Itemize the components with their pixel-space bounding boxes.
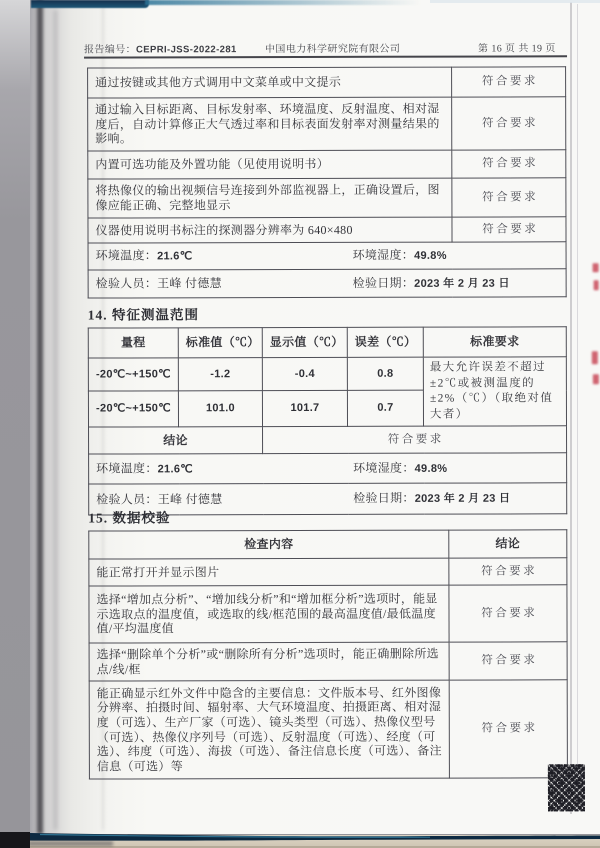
inspector-row: 检验人员：王峰 付德慧 检验日期：2023 年 2 月 23 日 [88,269,566,298]
check-item-cell: 将热像仪的输出视频信号连接到外部监视器上，正确设置后，图像应能正确、完整地显示 [88,178,452,218]
display-value-cell: 101.7 [262,391,347,427]
data-verification-table: 检查内容 结论 能正常打开并显示图片 符合要求 选择“增加点分析”、“增加线分析… [88,529,567,779]
result-cell: 符合要求 [452,67,566,97]
table-row: -20℃~+150℃ -1.2 -0.4 0.8 最大允许误差不超过±2℃或被测… [88,357,566,392]
column-header: 显示值（℃） [262,327,347,357]
table-header-row: 量程 标准值（℃） 显示值（℃） 误差（℃） 标准要求 [88,327,566,358]
environment-row: 环境温度：21.6℃ 环境湿度：49.8% [88,242,566,270]
page-content: 报告编号：CEPRI-JSS-2022-281 中国电力科学研究院有限公司 第 … [0,0,600,848]
standard-value-cell: -1.2 [178,358,262,392]
inspector-label: 检验人员： [96,492,158,506]
environment-cell: 环境温度：21.6℃ 环境湿度：49.8% [88,242,566,270]
page-indicator: 第 16 页 共 19 页 [478,39,556,54]
env-hum-value: 49.8% [415,462,448,474]
env-hum-label: 环境湿度： [353,460,415,474]
report-number-value: CEPRI-JSS-2022-281 [136,44,237,55]
inspector-names: 王峰 付德慧 [157,276,222,290]
check-item-cell: 选择“删除单个分析”或“删除所有分析”选项时，能正确删除所选点/线/框 [89,642,449,681]
result-cell: 符合要求 [452,178,566,217]
date-label: 检验日期： [353,275,415,289]
table-row: 能正常打开并显示图片 符合要求 [89,558,567,586]
table-row: 选择“增加点分析”、“增加线分析”和“增加框分析”选项时，能显示选取点的温度值，… [89,585,567,643]
range-cell: -20℃~+150℃ [88,358,178,392]
result-cell: 符合要求 [452,217,566,242]
table-row: 通过输入目标距离、目标发射率、环境温度、反射温度、相对湿度后，自动计算修正大气透… [88,97,566,151]
table-row: 将热像仪的输出视频信号连接到外部监视器上，正确设置后，图像应能正确、完整地显示 … [88,178,566,218]
standard-value-cell: 101.0 [178,391,262,427]
table-row: 内置可选功能及外置功能（见使用说明书） 符合要求 [88,150,566,179]
checklist-table: 通过按键或其他方式调用中文菜单或中文提示 符合要求 通过输入目标距离、目标发射率… [87,66,566,298]
column-header: 结论 [449,530,567,558]
red-stamp-mark-icon [593,374,599,384]
env-temp-label: 环境温度： [96,461,158,475]
environment-row: 环境温度：21.6℃ 环境湿度：49.8% [89,453,567,484]
scanned-report-page: 报告编号：CEPRI-JSS-2022-281 中国电力科学研究院有限公司 第 … [0,0,600,848]
table-row: 通过按键或其他方式调用中文菜单或中文提示 符合要求 [88,67,566,98]
report-number: 报告编号：CEPRI-JSS-2022-281 [84,40,237,55]
table-row: 仪器使用说明书标注的探测器分辨率为 640×480 符合要求 [88,217,566,243]
standard-requirement-cell: 最大允许误差不超过±2℃或被测温度的±2%（℃）（取绝对值大者） [423,357,566,426]
error-cell: 0.8 [347,357,423,390]
env-humidity: 环境湿度：49.8% [353,460,447,476]
env-temp-value: 21.6℃ [157,250,192,262]
header-divider [84,55,567,58]
env-temp-value: 21.6℃ [158,463,193,475]
column-header: 检查内容 [89,530,449,559]
conclusion-value: 符合要求 [263,426,567,454]
check-item-cell: 通过按键或其他方式调用中文菜单或中文提示 [88,67,452,98]
table-header-row: 检查内容 结论 [89,530,567,559]
temperature-range-table: 量程 标准值（℃） 显示值（℃） 误差（℃） 标准要求 -20℃~+150℃ -… [88,326,566,515]
report-number-label: 报告编号： [84,44,136,55]
date-value: 2023 年 2 月 23 日 [415,493,511,505]
env-humidity: 环境湿度：49.8% [353,248,447,264]
check-item-cell: 能正常打开并显示图片 [89,558,449,586]
column-header: 量程 [88,328,178,358]
qr-code [548,764,585,811]
table-row: 选择“删除单个分析”或“删除所有分析”选项时，能正确删除所选点/线/框 符合要求 [89,642,567,681]
table-row: 能正确显示红外文件中隐含的主要信息：文件版本号、红外图像分辨率、拍摄时间、辐射率… [89,680,567,779]
inspector-cell: 检验人员：王峰 付德慧 检验日期：2023 年 2 月 23 日 [88,269,566,298]
result-cell: 符合要求 [452,150,566,178]
section-title-15: 15. 数据校验 [88,506,170,526]
red-stamp-mark-icon [593,263,599,272]
check-item-cell: 仪器使用说明书标注的探测器分辨率为 640×480 [88,217,452,243]
date-label: 检验日期： [353,491,415,505]
inspector-label: 检验人员： [96,277,158,291]
organization-name: 中国电力科学研究院有限公司 [265,40,400,55]
inspection-date: 检验日期：2023 年 2 月 23 日 [353,275,510,291]
range-cell: -20℃~+150℃ [88,391,178,427]
result-cell: 符合要求 [452,97,566,150]
result-cell: 符合要求 [449,642,567,680]
environment-cell: 环境温度：21.6℃ 环境湿度：49.8% [89,453,567,484]
shadow-smudge [28,841,113,846]
display-value-cell: -0.4 [262,357,347,391]
check-item-cell: 通过输入目标距离、目标发射率、环境温度、反射温度、相对湿度后，自动计算修正大气透… [88,97,452,151]
env-hum-value: 49.8% [414,250,447,262]
check-item-cell: 选择“增加点分析”、“增加线分析”和“增加框分析”选项时，能显示选取点的温度值，… [89,585,449,643]
error-cell: 0.7 [347,390,423,426]
conclusion-row: 结论 符合要求 [89,426,567,454]
env-hum-label: 环境湿度： [353,248,415,262]
column-header: 标准值（℃） [178,328,262,358]
section-title-14: 14. 特征测温范围 [88,303,199,323]
date-value: 2023 年 2 月 23 日 [414,277,510,289]
check-item-cell: 能正确显示红外文件中隐含的主要信息：文件版本号、红外图像分辨率、拍摄时间、辐射率… [89,680,449,779]
inspection-date: 检验日期：2023 年 2 月 23 日 [353,491,510,507]
column-header: 标准要求 [423,327,566,357]
inspector-names: 王峰 付德慧 [158,492,223,506]
red-stamp-mark-icon [594,280,599,290]
column-header: 误差（℃） [347,327,423,357]
scan-corner-shadow [0,832,30,848]
red-stamp-mark-icon [592,351,598,364]
conclusion-label: 结论 [89,427,263,454]
env-temp-label: 环境温度： [96,249,158,263]
result-cell: 符合要求 [449,585,567,642]
result-cell: 符合要求 [449,558,567,585]
check-item-cell: 内置可选功能及外置功能（见使用说明书） [88,150,452,179]
